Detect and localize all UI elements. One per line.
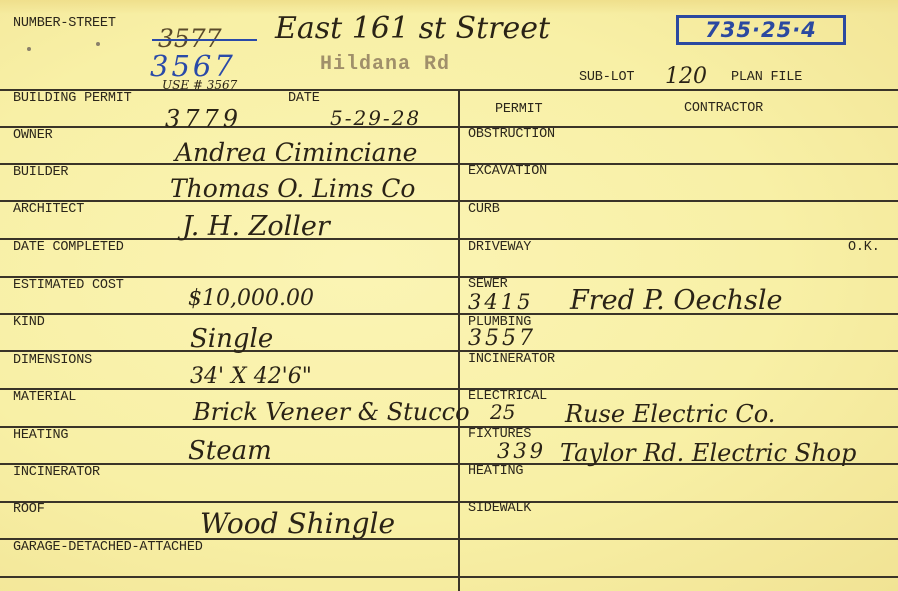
architect-value: J. H. Zoller (182, 213, 330, 240)
sub-lot-value: 120 (665, 66, 707, 88)
material-value: Brick Veneer & Stucco (193, 400, 470, 424)
electrical-permit-value: 25 (490, 402, 515, 422)
punch-mark (27, 47, 31, 51)
roof-label: ROOF (13, 503, 45, 517)
owner-value: Andrea Ciminciane (175, 140, 417, 165)
fixtures-contractor-value: Taylor Rd. Electric Shop (560, 441, 856, 465)
dimensions-label: DIMENSIONS (13, 354, 92, 368)
electrical-contractor-value: Ruse Electric Co. (565, 402, 775, 426)
sewer-contractor-value: Fred P. Oechsle (570, 287, 782, 314)
material-label: MATERIAL (13, 391, 76, 405)
building-permit-value: 3779 (165, 107, 242, 131)
driveway-label: DRIVEWAY (468, 241, 531, 255)
punch-mark (96, 42, 100, 46)
kind-label: KIND (13, 316, 45, 330)
driveway-ok-note: O.K. (848, 241, 880, 255)
estimated-cost-label: ESTIMATED COST (13, 279, 124, 293)
row-divider (0, 276, 898, 278)
row-divider (0, 501, 898, 503)
file-number-box: 735·25·4 (676, 15, 846, 45)
incinerator-label: INCINERATOR (13, 466, 100, 480)
excavation-label: EXCAVATION (468, 165, 547, 179)
architect-label: ARCHITECT (13, 203, 84, 217)
plumbing-permit-value: 3557 (468, 328, 536, 350)
builder-label: BUILDER (13, 166, 68, 180)
row-divider (0, 200, 898, 202)
building-permit-label: BUILDING PERMIT (13, 92, 132, 106)
date-label: DATE (288, 92, 320, 106)
builder-value: Thomas O. Lims Co (170, 176, 415, 201)
strike-through-line (152, 39, 257, 41)
row-divider (0, 350, 898, 352)
street-stamped: Hildana Rd (320, 53, 450, 76)
column-divider (458, 89, 460, 591)
sub-lot-label: SUB-LOT (579, 71, 634, 85)
dimensions-value: 34' X 42'6" (190, 366, 312, 388)
row-divider (0, 238, 898, 240)
row-divider (0, 89, 898, 91)
sidewalk-label: SIDEWALK (468, 502, 531, 516)
owner-label: OWNER (13, 129, 53, 143)
row-divider (0, 126, 898, 128)
date-value: 5-29-28 (330, 108, 421, 128)
number-street-label: NUMBER-STREET (13, 17, 116, 31)
row-divider (0, 163, 898, 165)
heating-right-label: HEATING (468, 465, 523, 479)
kind-value: Single (190, 326, 273, 352)
curb-label: CURB (468, 203, 500, 217)
row-divider (0, 576, 898, 578)
estimated-cost-value: $10,000.00 (188, 288, 314, 310)
contractor-header: CONTRACTOR (684, 102, 763, 116)
obstruction-label: OBSTRUCTION (468, 128, 555, 142)
date-completed-label: DATE COMPLETED (13, 241, 124, 255)
sewer-permit-value: 3415 (468, 292, 533, 313)
plan-file-label: PLAN FILE (731, 71, 802, 85)
heating-label: HEATING (13, 429, 68, 443)
fixtures-permit-value: 339 (497, 441, 546, 462)
heating-value: Steam (188, 438, 272, 464)
garage-label: GARAGE-DETACHED-ATTACHED (13, 541, 203, 555)
roof-value: Wood Shingle (200, 510, 395, 538)
street-handwritten: East 161 st Street (275, 14, 550, 44)
corrected-number: 3567 (150, 52, 236, 81)
permit-header: PERMIT (495, 103, 542, 117)
incinerator-right-label: INCINERATOR (468, 353, 555, 367)
row-divider (0, 388, 898, 390)
building-permit-card: NUMBER-STREET 3577 3567 USE # 3567 East … (0, 0, 898, 591)
